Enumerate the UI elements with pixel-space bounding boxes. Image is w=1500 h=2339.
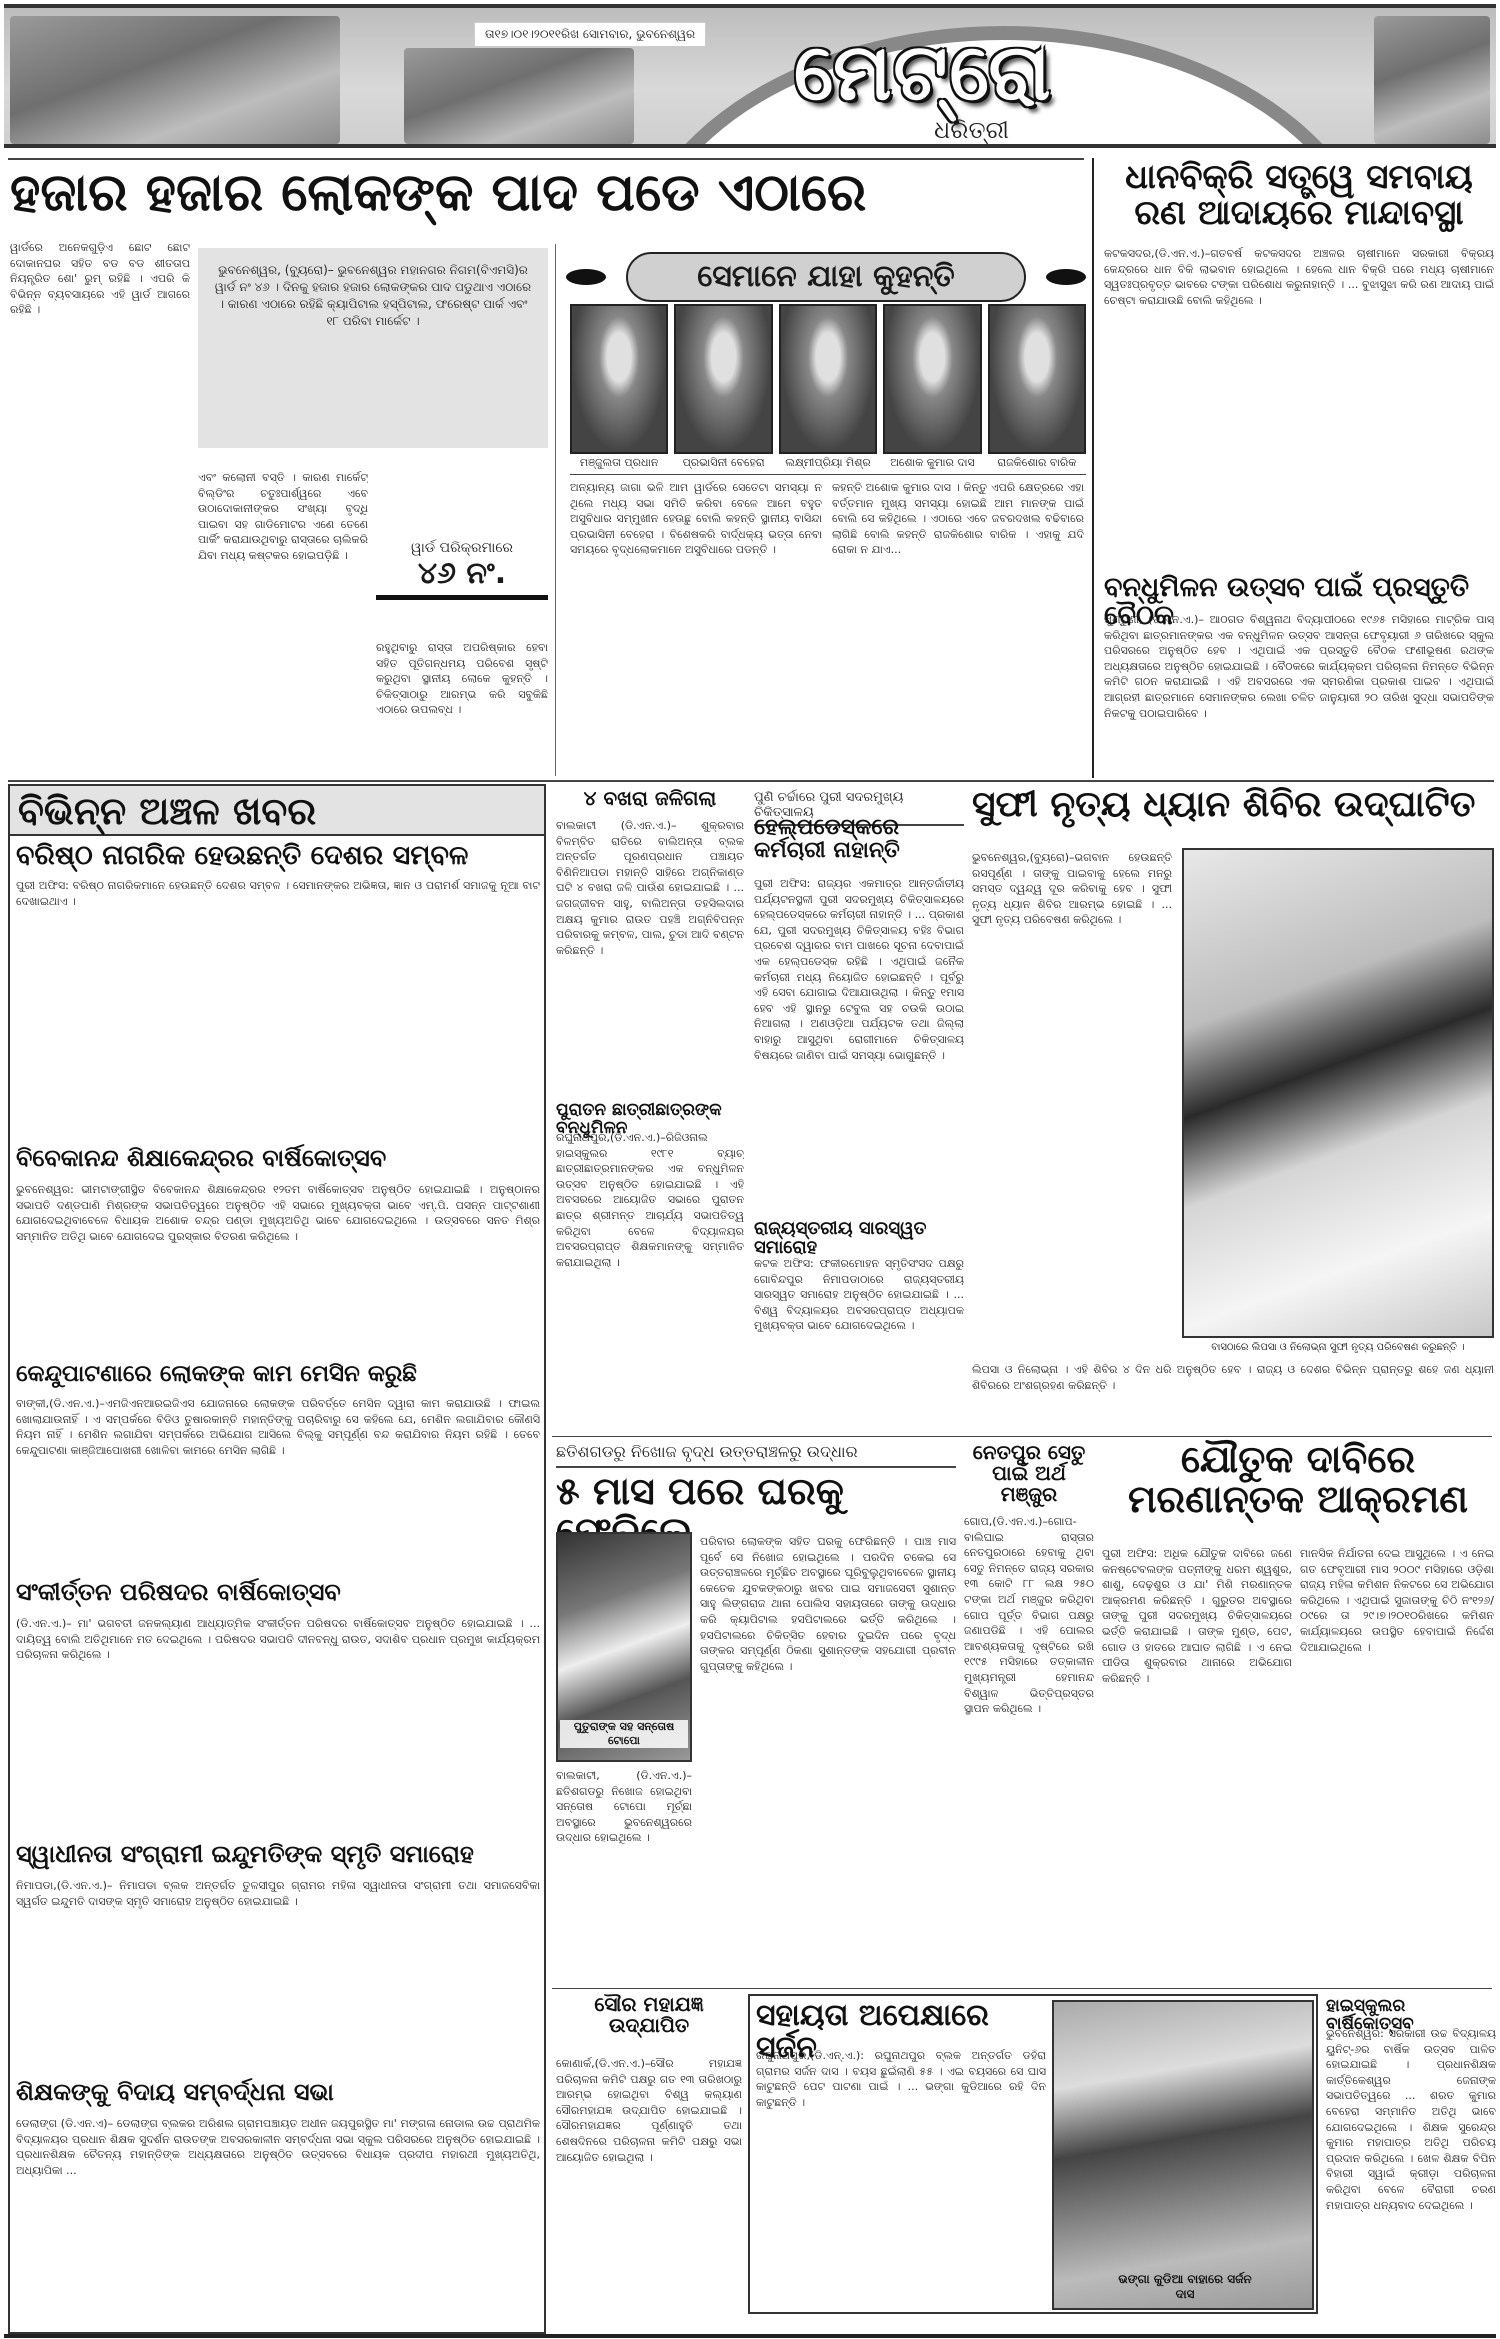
story-teacher-body: ଡେଲାଙ୍ଗ (ଡି.ଏନ.ଏ)– ଡେଲାଙ୍ଗ ବ୍ଲକର ଅରିଶଲ ଗ… (16, 2116, 540, 2326)
story-seniors-headline: ବରିଷ୍ଠ ନାଗରିକ ହେଉଛନ୍ତି ଦେଶର ସମ୍ବଳ (16, 842, 540, 870)
sufi-body: ଭୁବନେଶ୍ୱର,(ବ୍ୟୁରୋ)–ଭଗବାନ ହେଉଛନ୍ତି ରସପୂର୍… (972, 850, 1172, 1340)
solar-body: କୋଣାର୍କ,(ଡି.ଏନ.ଏ.)–ସୌର ମହାଯଜ୍ଞ ପରିଚାଳନା … (556, 2056, 742, 2328)
story-vivekananda-headline: ବିବେକାନନ୍ଦ ଶିକ୍ଷାକେନ୍ଦ୍ରର ବାର୍ଷିକୋତ୍ସବ (16, 1146, 540, 1171)
hospital-headline: ହେଲ୍ପଡେସ୍କରେ କର୍ମଚାରୀ ନାହାନ୍ତି (754, 816, 964, 862)
sufi-dance-photo (1182, 848, 1494, 1338)
dowry-body-col2: ମାନସିକ ନିର୍ଯାତନା ଦେଇ ଆସୁଥିଲେ । ଏ ନେଇ ଗତ … (1300, 1546, 1494, 1982)
what-they-say-banner: ସେମାନେ ଯାହା କୁହନ୍ତି (566, 252, 1086, 302)
saraswat-headline: ରାଜ୍ୟସ୍ତରୀୟ ସାରସ୍ୱତ ସମାରୋହ (754, 1220, 964, 1258)
solar-headline: ସୌର ମହାଯଜ୍ଞ ଉଦ୍‌ଯାପିତ (556, 1994, 742, 2036)
ward-label: ୱାର୍ଡ ପରିକ୍ରମାରେ (376, 540, 548, 556)
caption-person-1: ମଞ୍ଜୁଲତା ପ୍ରଧାନ (570, 456, 668, 470)
ward-label-box: ୱାର୍ଡ ପରିକ୍ରମାରେ ୪୬ ନଂ. (376, 540, 548, 600)
newspaper-logo: ମେଟ୍ରୋ (794, 28, 1053, 119)
banner-right-dot (1046, 269, 1086, 285)
highschool-body: ଭୁବନେଶ୍ୱର: ସରକାରୀ ଉଚ୍ଚ ବିଦ୍ୟାଳୟ ୟୁନିଟ୍-୬… (1326, 2026, 1496, 2326)
reunion-body: ଖୁଣ୍ଟୁଣୀ, (ଡି.ଏନ.ଏ.)– ଆଠଗଡ ବିଶ୍ୱନାଥ ବିଦ୍… (1104, 612, 1494, 776)
assembly-building-image (404, 48, 634, 144)
fire-body: ବାଲକାଟୀ (ଡି.ଏନ.ଏ.)– ଶୁକ୍ରବାର ବିଳମ୍ବିତ ରା… (556, 818, 744, 1098)
lead-col1: ୱାର୍ଡରେ ଅନେକଗୁଡ଼ିଏ ଛୋଟ ଛୋଟ ଦୋକାନଘର ସହିତ … (10, 240, 190, 540)
ward-rule (376, 595, 548, 600)
caption-person-5: ରାଜକିଶୋର ବାରିକ (988, 456, 1086, 470)
portrait-captions: ମଞ୍ଜୁଲତା ପ୍ରଧାନ ପ୍ରଭାସିନୀ ବେହେରା ଲକ୍ଷ୍ମୀ… (570, 456, 1086, 470)
lead-col2: ଏବଂ କଲୋନୀ ବସ୍ତି । କାରଣ ମାର୍କେଟ୍ ବିଲ୍ଡିଂର… (198, 470, 368, 780)
paddy-headline: ଧାନବିକ୍ରି ସତ୍ତ୍ୱେ ସମବାୟ ରଣ ଆଦାୟରେ ମାନ୍ଦା… (1104, 160, 1494, 231)
portrait-1 (570, 304, 668, 454)
lead-col3: ରହୁଥିବାରୁ ରାସ୍ତା ଅପରିଷ୍କାର ହେବା ସହିତ ପୂତ… (376, 640, 548, 780)
bridge-headline: ନେତପୁର ସେତୁ ପାଇଁ ଅର୍ଥ ମଞ୍ଜୁର (964, 1442, 1094, 1505)
sarjan-photo-caption: ଭଙ୍ଗା କୁଡିଆ ବାହାରେ ସର୍ଜନ ଦାସ (1110, 2272, 1260, 2302)
sarjan-das-photo (1052, 2000, 1314, 2310)
quotes-col2: କହନ୍ତି ଅଶୋକ କୁମାର ଦାସ । କିନ୍ତୁ ଏପରି କ୍ଷେ… (832, 480, 1084, 776)
quotes-col1: ଅନ୍ୟାନ୍ୟ ଜାଗା ଭଳି ଆମ ୱାର୍ଡରେ ସେତେଟା ସମସ୍… (570, 480, 822, 776)
newspaper-subtitle: ଧରିତ୍ରୀ (934, 116, 1009, 144)
masthead: ତା୧୭।୦୧।୨୦୧୧ରିଖ ସୋମବାର, ଭୁବନେଶ୍ୱର ମେଟ୍ରୋ… (4, 4, 1496, 148)
dowry-headline: ଯୌତୁକ ଦାବିରେ ମରଣାନ୍ତକ ଆକ୍ରମଣ (1102, 1440, 1494, 1520)
story-sankirtan-body: (ଡି.ଏନ.ଏ.)– ମା' ଭଗବତୀ ଜନକଲ୍ୟାଣ ଆଧ୍ୟାତ୍ମି… (16, 1616, 540, 1840)
banner-left-dot (566, 269, 606, 285)
hospital-body: ପୁରୀ ଅଫିସ: ରାଜ୍ୟର ଏକମାତ୍ର ଆନ୍ତର୍ଜାତୀୟ ପର… (754, 876, 964, 1212)
story-teacher-headline: ଶିକ୍ଷକଙ୍କୁ ବିଦାୟ ସମ୍ବର୍ଦ୍ଧନା ସଭା (16, 2080, 540, 2105)
temple-image (10, 16, 340, 144)
help-body: ରଘୁନାଥପୁର,(ଡି.ଏନ୍.ଏ.): ରଘୁନାଥପୁର ବ୍ଲକ ଅନ… (756, 2048, 1046, 2308)
missing-kicker: ଛତିଶଗଡରୁ ନିଖୋଜ ବୃଦ୍ଧ ଉତ୍ତରାଞ୍ଚଳରୁ ଉଦ୍ଧାର (556, 1442, 956, 1468)
dowry-body-col1: ପୁରୀ ଅଫିସ: ଅଧିକ ଯୌତୁକ ଦାବିରେ ଜଣେ କନଷ୍ଟେବ… (1102, 1546, 1292, 1982)
story-machine-headline: କେନ୍ଦୁପାଟଣାରେ ଲୋକଙ୍କ କାମ ମେସିନ କରୁଛି (16, 1362, 540, 1386)
fire-headline: ୪ ବଖରା ଜଳିଗଲା (556, 788, 744, 809)
bridge-body: ଗୋପ,(ଡି.ଏନ.ଏ.)–ଗୋପ-ବାଲିଘାଇ ରାସ୍ତାର ନେତପୁ… (964, 1514, 1094, 1980)
lead-intro-box: ଭୁବନେଶ୍ୱର, (ବ୍ୟୁରୋ)– ଭୁବନେଶ୍ୱର ମହାନଗର ନି… (198, 248, 548, 448)
alumni-body: ରଘୁନାଥପୁର,(ଡି.ଏନ.ଏ.)–ରିଜିଓନାଲ ହାଇସ୍କୁଲର … (556, 1130, 744, 1430)
lead-headline: ହଜାର ହଜାର ଲୋକଙ୍କ ପାଦ ପଡେ ଏଠାରେ (10, 166, 1085, 221)
caption-person-4: ଅଶୋକ କୁମାର ଦାସ (883, 456, 981, 470)
story-seniors-body: ପୁରୀ ଅଫିସ: ବରିଷ୍ଠ ନାଗରିକମାନେ ହେଉଛନ୍ତି ଦେ… (16, 878, 540, 1138)
sufi-headline: ସୁଫୀ ନୃତ୍ୟ ଧ୍ୟାନ ଶିବିର ଉଦ୍‌ଘାଟିତ (972, 786, 1494, 824)
regional-section-title: ବିଭିନ୍ନ ଅଞ୍ଚଳ ଖବର (10, 786, 544, 836)
story-sankirtan-headline: ସଂକୀର୍ତ୍ତନ ପରିଷଦର ବାର୍ଷିକୋତ୍ସବ (16, 1580, 540, 1605)
missing-body-col1: ବାଲକାଟୀ, (ଡି.ଏନ.ଏ.)–ଛତିଶଗଡରୁ ନିଖୋଜ ହୋଇଥି… (556, 1768, 692, 1978)
story-indumati-headline: ସ୍ୱାଧୀନତା ସଂଗ୍ରାମୀ ଇନ୍ଦୁମତିଙ୍କ ସ୍ମୃତି ସମ… (16, 1842, 540, 1867)
missing-photo-caption: ପୁତୁରାଙ୍କ ସହ ସନ୍ତୋଷ ଟୋପୋ (560, 1720, 688, 1748)
sufi-tail: ଲିପସା ଓ ନିଲୋଭ୍ନା । ଏହି ଶିବିର ୪ ଦିନ ଧରି ଅ… (972, 1362, 1494, 1398)
paddy-body: କଟକସଦର,(ଡି.ଏନ.ଏ.)–ଗତବର୍ଷ କଟକସଦର ଅଞ୍ଚଳର ଚ… (1104, 246, 1494, 566)
lead-top-rule (8, 158, 1084, 160)
saraswat-body: କଟକ ଅଫିସ: ଫକୀରମୋହନ ସ୍ମୃତିସଂସଦ ପକ୍ଷରୁ ଗୋବ… (754, 1256, 964, 1432)
page-bottom-rule (4, 2334, 1496, 2338)
ward-number: ୪୬ ନଂ. (376, 556, 548, 591)
bottom-row-rule (552, 1988, 1492, 1989)
portraits-row (570, 304, 1086, 454)
caption-person-3: ଲକ୍ଷ୍ମୀପ୍ରିୟା ମିଶ୍ର (779, 456, 877, 470)
issue-date: ତା୧୭।୦୧।୨୦୧୧ରିଖ ସୋମବାର, ଭୁବନେଶ୍ୱର (474, 22, 706, 47)
banner-label: ସେମାନେ ଯାହା କୁହନ୍ତି (626, 252, 1026, 302)
right-col-divider (1092, 158, 1094, 778)
story-machine-body: ବାଙ୍କୀ,(ଡି.ଏନ.ଏ.)–ଏମଜିଏନଆରଇଜିଏସ ଯୋଜନାରେ … (16, 1396, 540, 1572)
lead-divider (555, 244, 556, 776)
dome-image (1374, 16, 1490, 144)
caption-person-2: ପ୍ରଭାସିନୀ ବେହେରା (674, 456, 772, 470)
middle-rule (8, 780, 1494, 782)
quotes-rule (570, 474, 1086, 475)
missing-body-col2: ପରିବାର ଲୋକଙ୍କ ସହିତ ଘରକୁ ଫେରିଛନ୍ତି । ପାଞ୍… (700, 1534, 956, 1980)
portrait-4 (883, 304, 981, 454)
sufi-photo-caption: ବାସଠାରେ ଲିପସା ଓ ନିଲୋଭ୍ନା ସୁଫୀ ନୃତ୍ୟ ପରିବ… (1182, 1342, 1494, 1353)
portrait-5 (988, 304, 1086, 454)
portrait-3 (779, 304, 877, 454)
story-indumati-body: ନିମାପଡା,(ଡି.ଏନ.ଏ.)– ନିମାପଡା ବ୍ଲକ ଅନ୍ତର୍ଗ… (16, 1878, 540, 2074)
portrait-2 (674, 304, 772, 454)
story-vivekananda-body: ଭୁବନେଶ୍ୱର: ଭୀମଟାଙ୍ଗୀସ୍ଥିତ ବିବେକାନନ୍ଦ ଶିକ… (16, 1182, 540, 1358)
